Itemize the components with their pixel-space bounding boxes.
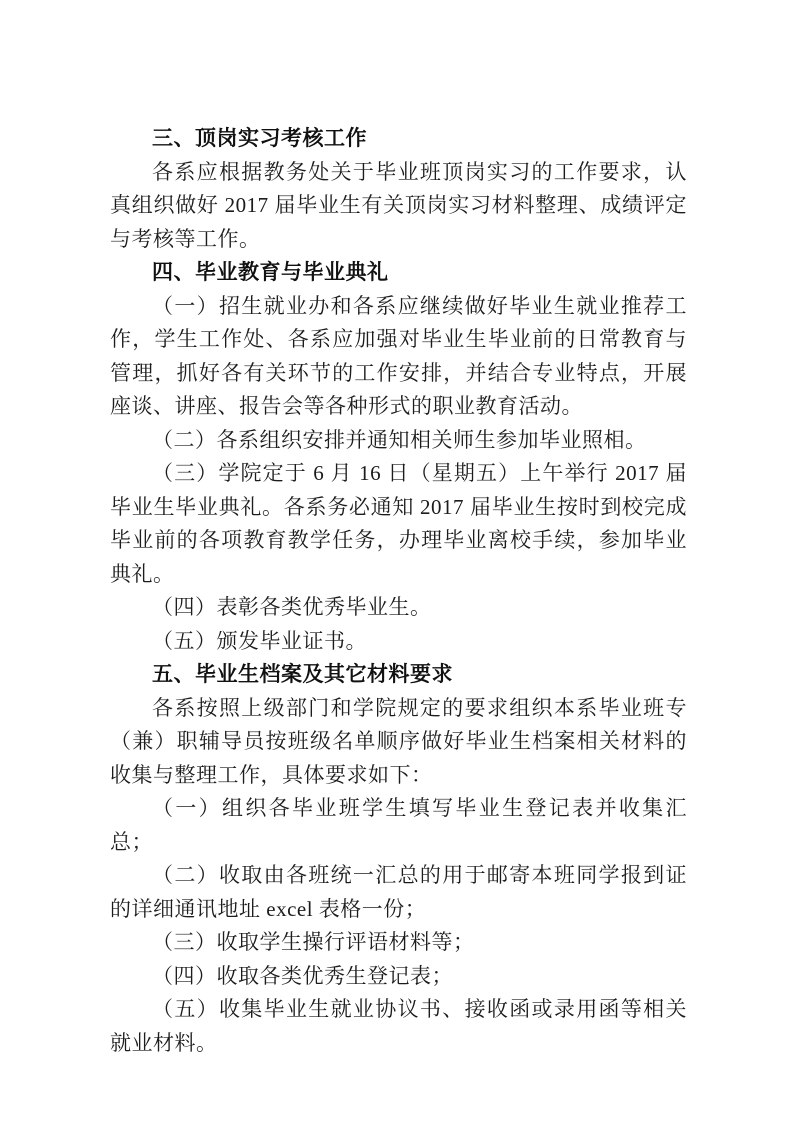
paragraph: （三）收取学生操行评语材料等； (110, 926, 687, 960)
paragraph: （五）收集毕业生就业协议书、接收函或录用函等相关就业材料。 (110, 993, 687, 1060)
section-heading-3: 三、顶岗实习考核工作 (110, 122, 687, 156)
paragraph: （二）收取由各班统一汇总的用于邮寄本班同学报到证的详细通讯地址 excel 表格… (110, 859, 687, 926)
paragraph: （五）颁发毕业证书。 (110, 625, 687, 659)
paragraph: 各系按照上级部门和学院规定的要求组织本系毕业班专（兼）职辅导员按班级名单顺序做好… (110, 692, 687, 793)
paragraph: （四）表彰各类优秀毕业生。 (110, 591, 687, 625)
paragraph: 各系应根据教务处关于毕业班顶岗实习的工作要求，认真组织做好 2017 届毕业生有… (110, 156, 687, 257)
paragraph: （一）招生就业办和各系应继续做好毕业生就业推荐工作，学生工作处、各系应加强对毕业… (110, 290, 687, 424)
paragraph: （一）组织各毕业班学生填写毕业生登记表并收集汇总； (110, 792, 687, 859)
paragraph: （二）各系组织安排并通知相关师生参加毕业照相。 (110, 424, 687, 458)
paragraph: （三）学院定于 6 月 16 日（星期五）上午举行 2017 届毕业生毕业典礼。… (110, 457, 687, 591)
section-heading-4: 四、毕业教育与毕业典礼 (110, 256, 687, 290)
document-page: 三、顶岗实习考核工作 各系应根据教务处关于毕业班顶岗实习的工作要求，认真组织做好… (0, 0, 793, 1122)
section-heading-5: 五、毕业生档案及其它材料要求 (110, 658, 687, 692)
document-body: 三、顶岗实习考核工作 各系应根据教务处关于毕业班顶岗实习的工作要求，认真组织做好… (110, 122, 687, 1060)
paragraph: （四）收取各类优秀生登记表； (110, 960, 687, 994)
